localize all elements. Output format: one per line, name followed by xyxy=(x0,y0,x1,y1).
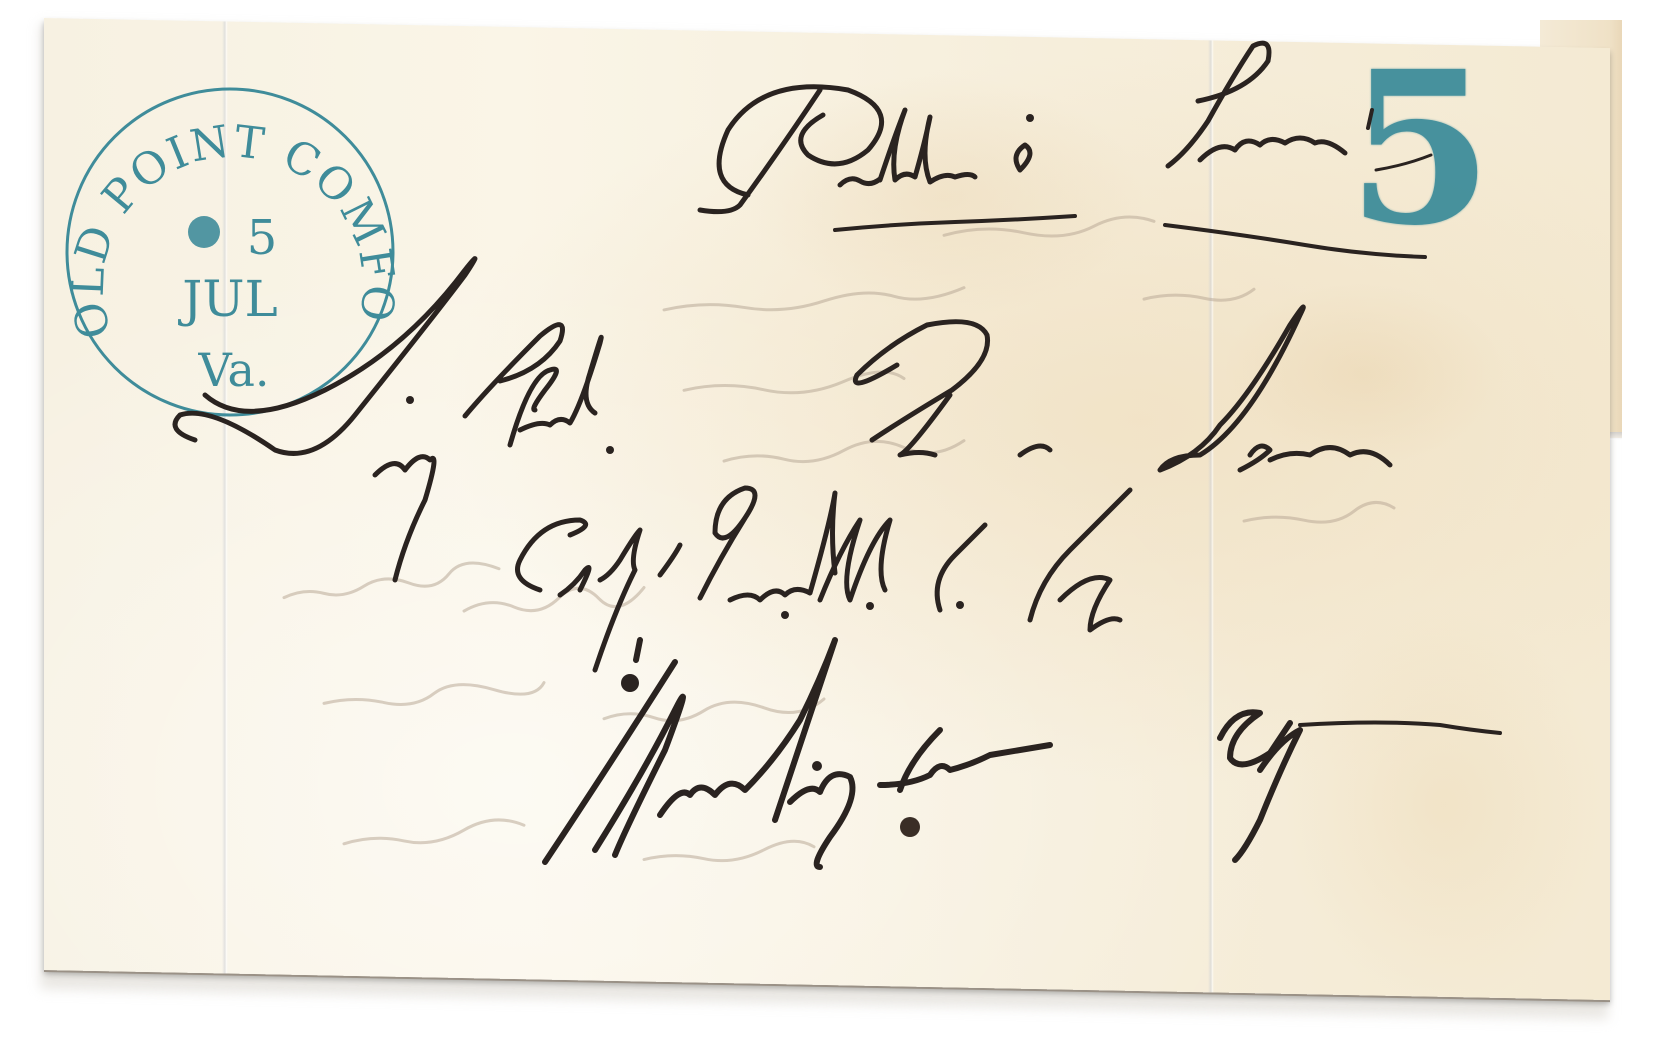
postmark-month: JUL xyxy=(177,270,277,328)
scanned-cover: OLD POINT COMFORT 5 JUL Va. 5 xyxy=(0,0,1653,1037)
postmark-state: Va. xyxy=(197,343,269,397)
circular-datestamp: OLD POINT COMFORT 5 JUL Va. xyxy=(62,84,398,420)
transcription: Public Service Brig. Genl. R. Jones Adjt… xyxy=(0,0,1,1)
rate-handstamp: 5 xyxy=(1330,44,1510,254)
postmark-day: 5 xyxy=(247,210,278,266)
postmark-icon: OLD POINT COMFORT 5 JUL Va. xyxy=(62,84,398,420)
ink-blot xyxy=(188,216,220,248)
endorsement-text: Public Service xyxy=(0,0,1,1)
